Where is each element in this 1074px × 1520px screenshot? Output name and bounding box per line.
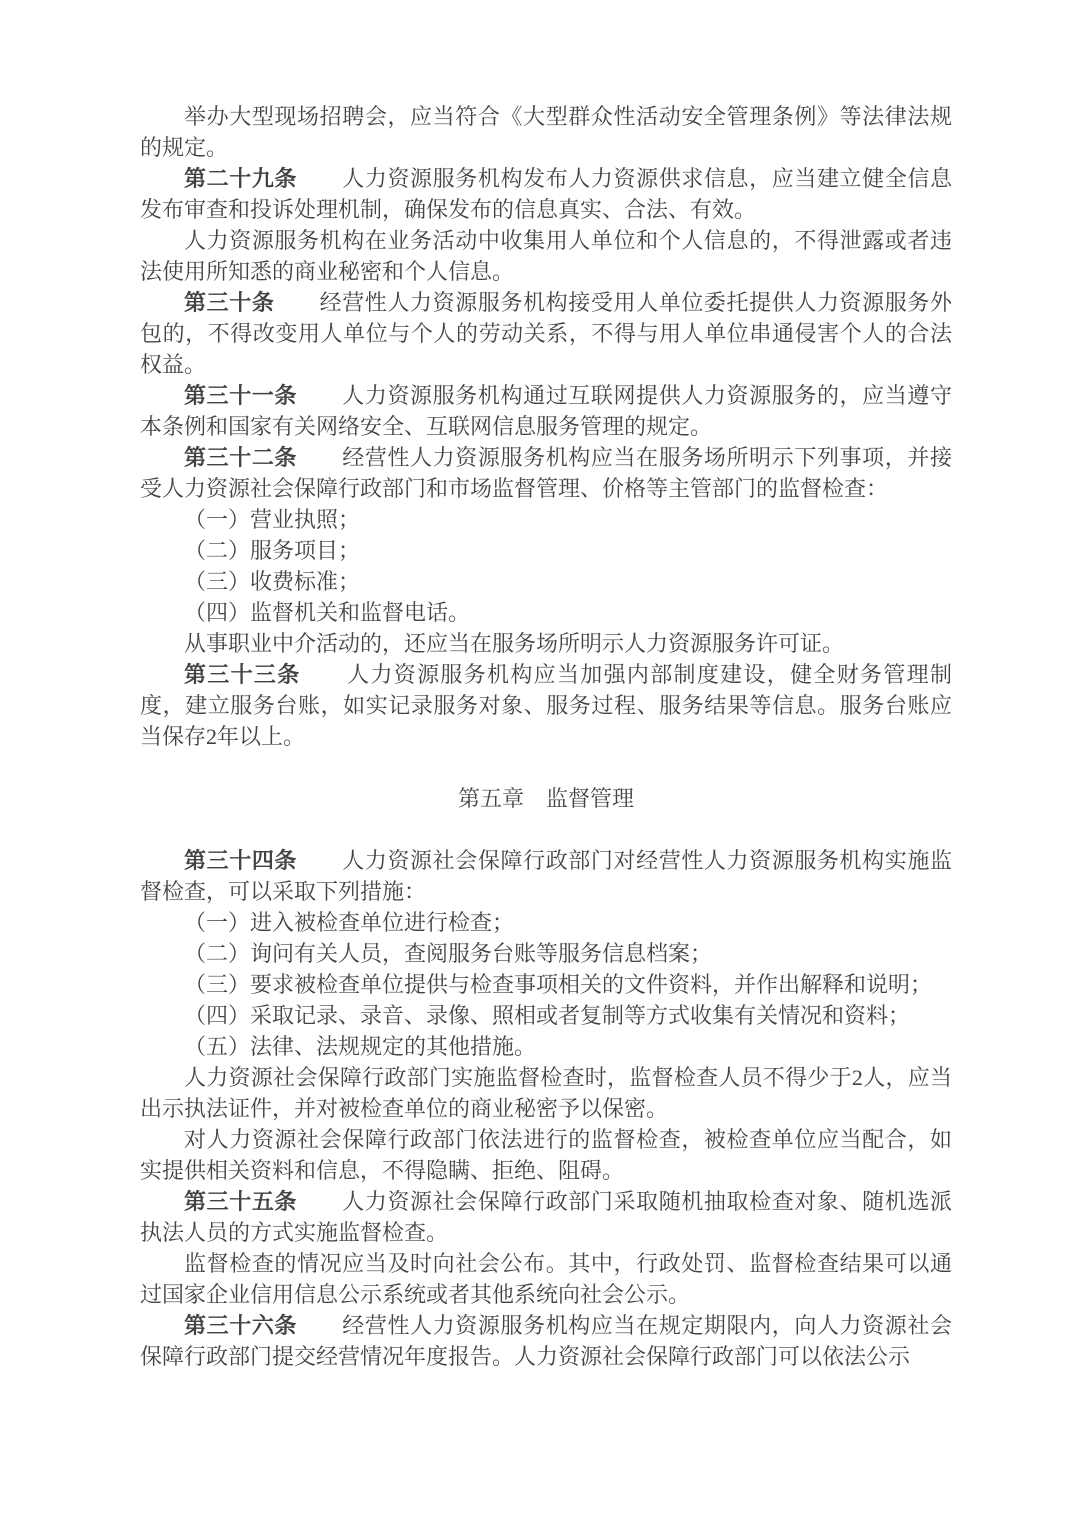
article-number: 第三十三条	[184, 662, 301, 687]
body-paragraph: （四）监督机关和监督电话。	[140, 597, 952, 628]
article-number: 第三十四条	[184, 848, 297, 873]
article-number: 第三十二条	[184, 445, 297, 470]
body-paragraph: （二）询问有关人员，查阅服务台账等服务信息档案；	[140, 938, 952, 969]
document-content: 举办大型现场招聘会，应当符合《大型群众性活动安全管理条例》等法律法规的规定。第二…	[140, 101, 952, 1372]
body-paragraph: 对人力资源社会保障行政部门依法进行的监督检查，被检查单位应当配合，如实提供相关资…	[140, 1124, 952, 1186]
body-paragraph: 人力资源服务机构在业务活动中收集用人单位和个人信息的，不得泄露或者违法使用所知悉…	[140, 225, 952, 287]
body-paragraph: （二）服务项目；	[140, 535, 952, 566]
body-paragraph: （三）要求被检查单位提供与检查事项相关的文件资料，并作出解释和说明；	[140, 969, 952, 1000]
body-paragraph: 从事职业中介活动的，还应当在服务场所明示人力资源服务许可证。	[140, 628, 952, 659]
article-number: 第二十九条	[184, 166, 297, 191]
body-paragraph: （一）进入被检查单位进行检查；	[140, 907, 952, 938]
article-number: 第三十条	[184, 290, 274, 315]
article-paragraph: 第三十二条 经营性人力资源服务机构应当在服务场所明示下列事项，并接受人力资源社会…	[140, 442, 952, 504]
article-paragraph: 第二十九条 人力资源服务机构发布人力资源供求信息，应当建立健全信息发布审查和投诉…	[140, 163, 952, 225]
body-paragraph: （一）营业执照；	[140, 504, 952, 535]
body-paragraph: 监督检查的情况应当及时向社会公布。其中，行政处罚、监督检查结果可以通过国家企业信…	[140, 1248, 952, 1310]
article-paragraph: 第三十六条 经营性人力资源服务机构应当在规定期限内，向人力资源社会保障行政部门提…	[140, 1310, 952, 1372]
article-paragraph: 第三十条 经营性人力资源服务机构接受用人单位委托提供人力资源服务外包的，不得改变…	[140, 287, 952, 380]
article-number: 第三十五条	[184, 1189, 297, 1214]
body-paragraph: 人力资源社会保障行政部门实施监督检查时，监督检查人员不得少于2人，应当出示执法证…	[140, 1062, 952, 1124]
document-page: 举办大型现场招聘会，应当符合《大型群众性活动安全管理条例》等法律法规的规定。第二…	[0, 0, 1074, 1520]
article-paragraph: 第三十五条 人力资源社会保障行政部门采取随机抽取检查对象、随机选派执法人员的方式…	[140, 1186, 952, 1248]
body-paragraph: （三）收费标准；	[140, 566, 952, 597]
article-paragraph: 第三十四条 人力资源社会保障行政部门对经营性人力资源服务机构实施监督检查，可以采…	[140, 845, 952, 907]
body-paragraph: （四）采取记录、录音、录像、照相或者复制等方式收集有关情况和资料；	[140, 1000, 952, 1031]
article-number: 第三十六条	[184, 1313, 297, 1338]
chapter-heading: 第五章 监督管理	[140, 783, 952, 814]
article-paragraph: 第三十一条 人力资源服务机构通过互联网提供人力资源服务的，应当遵守本条例和国家有…	[140, 380, 952, 442]
article-paragraph: 第三十三条 人力资源服务机构应当加强内部制度建设，健全财务管理制度，建立服务台账…	[140, 659, 952, 752]
body-paragraph: （五）法律、法规规定的其他措施。	[140, 1031, 952, 1062]
article-number: 第三十一条	[184, 383, 297, 408]
body-paragraph: 举办大型现场招聘会，应当符合《大型群众性活动安全管理条例》等法律法规的规定。	[140, 101, 952, 163]
